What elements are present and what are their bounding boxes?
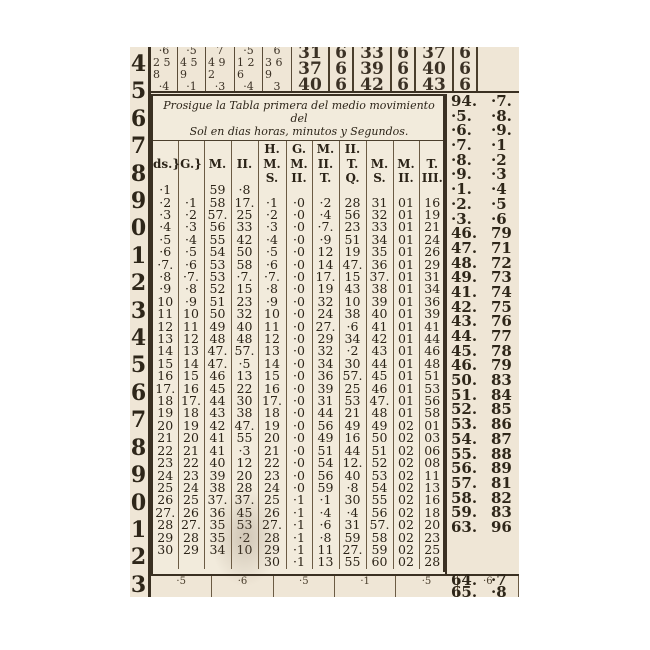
margin-digit: 7 — [131, 407, 146, 434]
top-big-bot: 40 — [298, 77, 322, 93]
margin-digit: 3 — [131, 298, 146, 325]
margin-digit: 1 — [131, 517, 146, 544]
table-cell — [153, 556, 178, 568]
table-cell: 30 — [153, 544, 178, 556]
top-cell-bot: ·3 — [215, 81, 226, 93]
margin-digit: 8 — [131, 161, 146, 188]
top-strip-big-cell: 313740 — [292, 47, 330, 91]
table-row: 30·11355600228 — [153, 556, 445, 568]
table-cell: 13 — [312, 556, 339, 568]
table-cell: 10 — [231, 544, 258, 556]
top-strip-cell: ·51 2 6·4 — [235, 47, 263, 91]
table-cell: 34 — [204, 544, 231, 556]
margin-digit: 0 — [131, 490, 146, 517]
top-cell-mid: 3 6 9 — [265, 57, 289, 81]
column-header: S. — [258, 170, 286, 184]
margin-digit: 5 — [131, 78, 146, 105]
column-header — [178, 170, 204, 184]
top-strip-big-cell: 666 — [392, 47, 416, 91]
title-line-1: Prosigue la Tabla primera del medio movi… — [155, 99, 443, 125]
top-cell-mid: 4 5 9 — [180, 57, 203, 81]
table-cell: 60 — [366, 556, 393, 568]
table-photograph: 4567890123456789012345 ·62 5 8·4·54 5 9·… — [130, 47, 519, 597]
top-strip-big-cell: 333942 — [354, 47, 392, 91]
top-cell-mid: 2 5 8 — [153, 57, 175, 81]
top-big-bot: 42 — [360, 77, 384, 93]
top-big-bot: 43 — [422, 77, 446, 93]
top-cell-bot: ·4 — [243, 81, 254, 93]
column-header — [153, 141, 178, 155]
right-strip: 94.·7.·5.·8.·6.·9.·7.·1·8.·2·9.·3·1.·4·2… — [449, 94, 519, 572]
top-strip-cell: ·54 5 9·1 — [178, 47, 206, 91]
margin-digit: 2 — [131, 270, 146, 297]
column-header: S. — [366, 170, 393, 184]
column-header: T. — [339, 155, 366, 169]
top-cell-mid: 1 2 6 — [237, 57, 260, 81]
margin-digit: 1 — [131, 243, 146, 270]
margin-digit: 0 — [131, 215, 146, 242]
right-value-b: ·8 — [491, 586, 517, 597]
table-cell — [178, 556, 204, 568]
top-strip: ·62 5 8·4·54 5 9·174 9 2·3·51 2 6·463 6 … — [151, 47, 519, 93]
data-table: H.G.M.II.ds.}G.}M.II.M.M.II.T.M.M.T.S.II… — [153, 141, 445, 569]
right-value-a: 65. — [449, 586, 491, 597]
margin-digit: 4 — [131, 325, 146, 352]
column-header — [204, 141, 231, 155]
column-header — [231, 141, 258, 155]
table-cell: ·1 — [286, 556, 312, 568]
right-rule-line — [443, 94, 447, 572]
margin-digit: 7 — [131, 133, 146, 160]
table-cell — [231, 556, 258, 568]
column-header: III. — [419, 170, 445, 184]
margin-digit: 8 — [131, 435, 146, 462]
top-strip-cell: 63 6 93 — [263, 47, 292, 91]
main-table-panel: Prosigue la Tabla primera del medio movi… — [151, 94, 447, 576]
bottom-strip-cell: ·5 — [274, 576, 335, 597]
top-cell-bot: 3 — [274, 81, 281, 93]
margin-digit: 6 — [131, 106, 146, 133]
left-margin-digits: 4567890123456789012345 — [130, 47, 147, 597]
column-header: M. — [393, 155, 419, 169]
bottom-strip-cell: ·1 — [335, 576, 396, 597]
margin-digit: 9 — [131, 188, 146, 215]
right-strip-row: 63.96 — [449, 520, 519, 535]
column-header: G.} — [178, 155, 204, 169]
table-cell — [204, 556, 231, 568]
column-header: II. — [393, 170, 419, 184]
column-header: M. — [366, 155, 393, 169]
margin-digit: 3 — [131, 572, 146, 597]
top-strip-big-cell: 666 — [330, 47, 354, 91]
top-strip-big-cell: 374043 — [416, 47, 454, 91]
column-header: M. — [286, 155, 312, 169]
right-value-a: 63. — [449, 520, 491, 535]
margin-digit: 4 — [131, 51, 146, 78]
header-row: H.G.M.II. — [153, 141, 445, 155]
bottom-strip-cell: ·5 — [151, 576, 212, 597]
margin-digit: 6 — [131, 380, 146, 407]
bottom-strip-cell: ·6 — [212, 576, 273, 597]
top-cell-bot: ·1 — [186, 81, 197, 93]
column-header: H. — [258, 141, 286, 155]
title-line-2: Sol en dias horas, minutos y Segundos. — [155, 125, 443, 138]
column-header: T. — [312, 170, 339, 184]
header-row: ds.}G.}M.II.M.M.II.T.M.M.T. — [153, 155, 445, 169]
top-strip-big-cell: 666 — [454, 47, 478, 91]
column-header — [366, 141, 393, 155]
column-header: Q. — [339, 170, 366, 184]
top-cell-bot: ·4 — [159, 81, 170, 93]
column-header: G. — [286, 141, 312, 155]
column-header — [419, 141, 445, 155]
column-header: M. — [204, 155, 231, 169]
top-big-bot: 6 — [459, 77, 471, 93]
column-header — [178, 141, 204, 155]
top-strip-cell: ·62 5 8·4 — [151, 47, 178, 91]
table-cell: 29 — [178, 544, 204, 556]
top-strip-cell: 74 9 2·3 — [206, 47, 235, 91]
table-cell: 02 — [393, 556, 419, 568]
column-header: ds.} — [153, 155, 178, 169]
table-cell: 28 — [419, 556, 445, 568]
column-header: II. — [286, 170, 312, 184]
margin-digit: 9 — [131, 462, 146, 489]
top-big-bot: 6 — [335, 77, 347, 93]
right-strip-bottom-row: 65.·8 — [449, 586, 519, 597]
table-title: Prosigue la Tabla primera del medio movi… — [153, 96, 445, 141]
bottom-right-strip: 64.·765.·8 — [449, 574, 519, 597]
margin-digit: 2 — [131, 544, 146, 571]
column-header: M. — [312, 141, 339, 155]
margin-digit: 5 — [131, 352, 146, 379]
column-header: M. — [258, 155, 286, 169]
column-header: II. — [339, 141, 366, 155]
column-header — [393, 141, 419, 155]
column-header: II. — [312, 155, 339, 169]
right-value-b: 96 — [491, 520, 517, 535]
top-cell-mid: 4 9 2 — [208, 57, 232, 81]
table-cell: 30 — [258, 556, 286, 568]
column-header: T. — [419, 155, 445, 169]
top-big-bot: 6 — [397, 77, 409, 93]
header-row: S.II.T.Q.S.II.III. — [153, 170, 445, 184]
table-cell: 55 — [339, 556, 366, 568]
column-header: II. — [231, 155, 258, 169]
